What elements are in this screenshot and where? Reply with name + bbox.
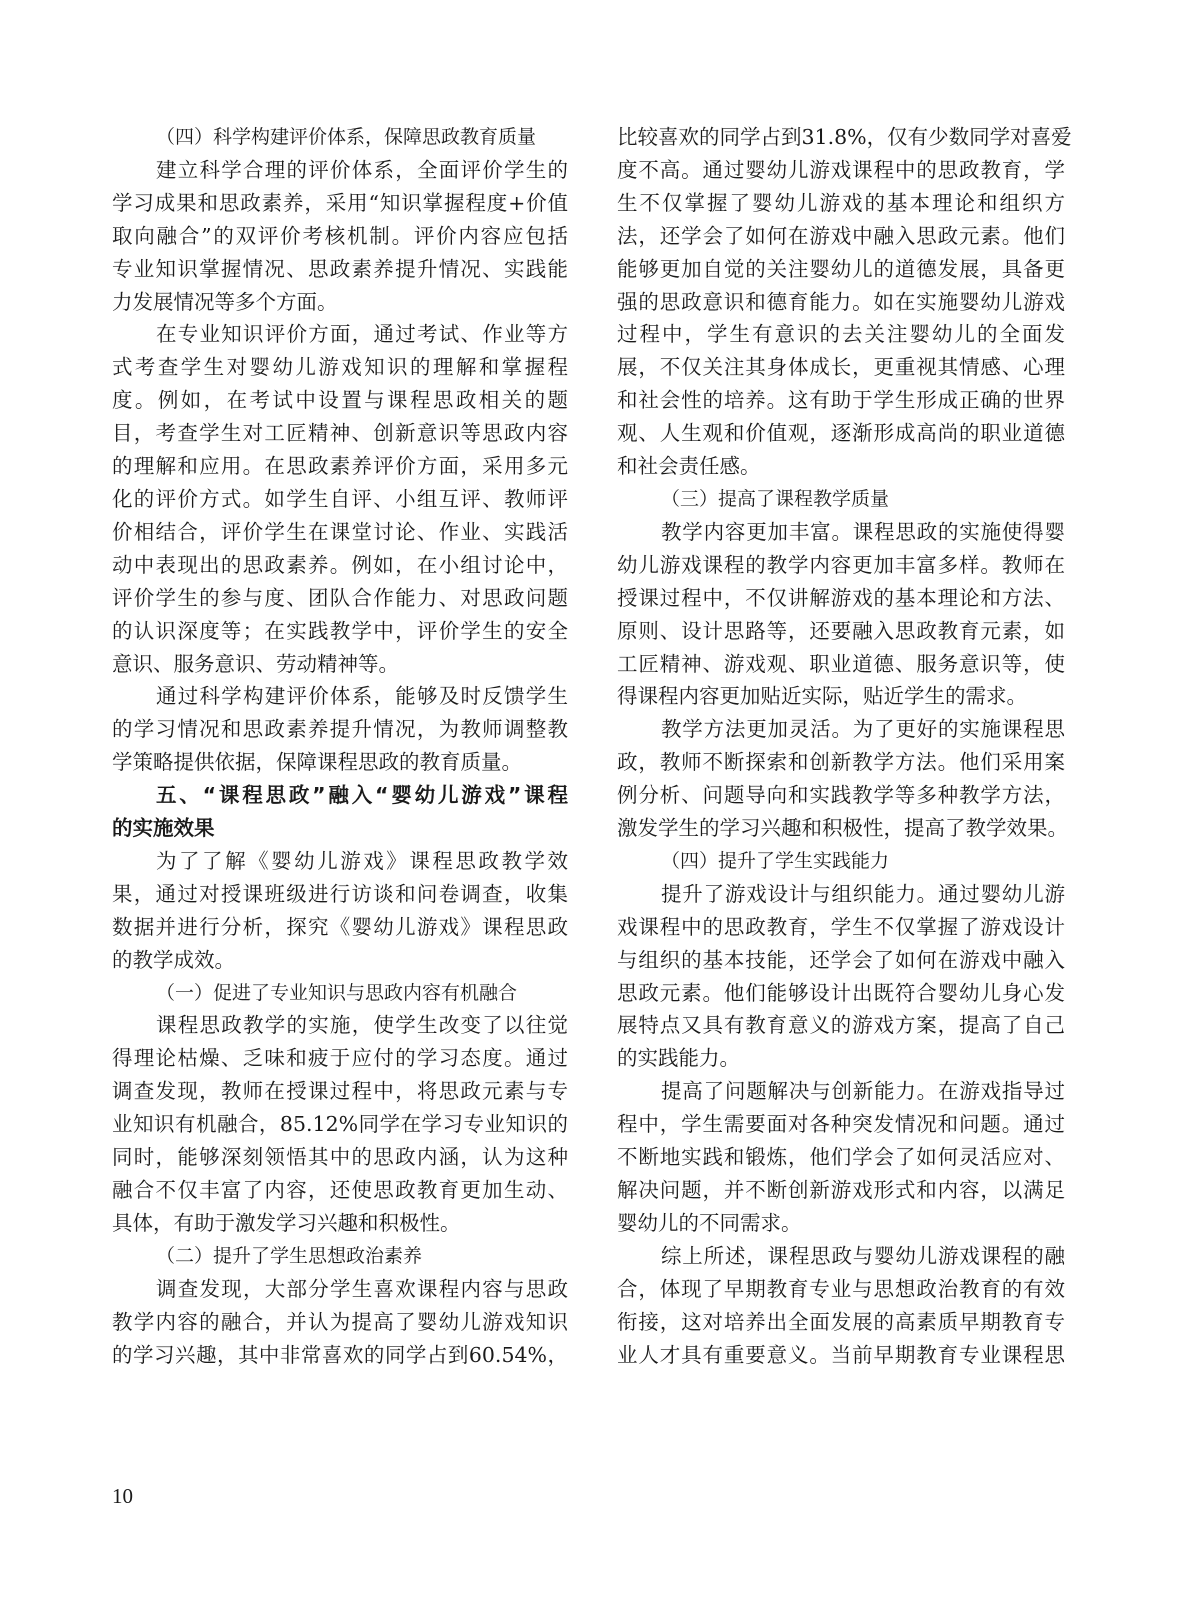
- text-line: 为了了解《婴幼儿游戏》课程思政教学效: [112, 845, 568, 878]
- text-line: 的实践能力。: [617, 1042, 1065, 1075]
- text-line: （三）提高了课程教学质量: [617, 483, 1065, 516]
- text-line: 提升了游戏设计与组织能力。通过婴幼儿游: [617, 878, 1065, 911]
- text-line: 数据并进行分析，探究《婴幼儿游戏》课程思政: [112, 911, 568, 944]
- text-line: 思政元素。他们能够设计出既符合婴幼儿身心发: [617, 977, 1065, 1010]
- text-line: 合，体现了早期教育专业与思想政治教育的有效: [617, 1273, 1065, 1306]
- text-line: 在专业知识评价方面，通过考试、作业等方: [112, 318, 568, 351]
- text-line: 原则、设计思路等，还要融入思政教育元素，如: [617, 615, 1065, 648]
- paragraph: 在专业知识评价方面，通过考试、作业等方式考查学生对婴幼儿游戏知识的理解和掌握程度…: [112, 318, 568, 680]
- text-line: 过程中，学生有意识的去关注婴幼儿的全面发: [617, 318, 1065, 351]
- left-column: （四）科学构建评价体系，保障思政教育质量建立科学合理的评价体系，全面评价学生的学…: [112, 121, 568, 1371]
- text-line: 度不高。通过婴幼儿游戏课程中的思政教育，学: [617, 154, 1065, 187]
- text-line: 果，通过对授课班级进行访谈和问卷调查，收集: [112, 878, 568, 911]
- text-line: 得理论枯燥、乏味和疲于应付的学习态度。通过: [112, 1042, 568, 1075]
- paragraph: 提升了游戏设计与组织能力。通过婴幼儿游戏课程中的思政教育，学生不仅掌握了游戏设计…: [617, 878, 1065, 1075]
- text-line: （四）提升了学生实践能力: [617, 845, 1065, 878]
- text-line: 学习成果和思政素养，采用“知识掌握程度+价值: [112, 187, 568, 220]
- text-line: 具体，有助于激发学习兴趣和积极性。: [112, 1207, 568, 1240]
- text-line: 评价学生的参与度、团队合作能力、对思政问题: [112, 582, 568, 615]
- text-line: 展，不仅关注其身体成长，更重视其情感、心理: [617, 351, 1065, 384]
- text-line: 授课过程中，不仅讲解游戏的基本理论和方法、: [617, 582, 1065, 615]
- text-line: 例分析、问题导向和实践教学等多种教学方法，: [617, 779, 1065, 812]
- text-line: 融合不仅丰富了内容，还使思政教育更加生动、: [112, 1174, 568, 1207]
- text-line: 的理解和应用。在思政素养评价方面，采用多元: [112, 450, 568, 483]
- section-heading: 五、“课程思政”融入“婴幼儿游戏”课程的实施效果: [112, 779, 568, 845]
- text-line: 和社会责任感。: [617, 450, 1065, 483]
- text-line: 程中，学生需要面对各种突发情况和问题。通过: [617, 1108, 1065, 1141]
- text-line: 不断地实践和锻炼，他们学会了如何灵活应对、: [617, 1141, 1065, 1174]
- text-line: 五、“课程思政”融入“婴幼儿游戏”课程: [112, 779, 568, 812]
- subheading: （四）提升了学生实践能力: [617, 845, 1065, 878]
- text-line: （一）促进了专业知识与思政内容有机融合: [112, 977, 568, 1010]
- text-line: 价相结合，评价学生在课堂讨论、作业、实践活: [112, 516, 568, 549]
- text-line: 课程思政教学的实施，使学生改变了以往觉: [112, 1009, 568, 1042]
- paragraph: 通过科学构建评价体系，能够及时反馈学生的学习情况和思政素养提升情况，为教师调整教…: [112, 680, 568, 779]
- paragraph: 建立科学合理的评价体系，全面评价学生的学习成果和思政素养，采用“知识掌握程度+价…: [112, 154, 568, 319]
- text-line: 提高了问题解决与创新能力。在游戏指导过: [617, 1075, 1065, 1108]
- text-line: 婴幼儿的不同需求。: [617, 1207, 1065, 1240]
- text-line: 调查发现，教师在授课过程中，将思政元素与专: [112, 1075, 568, 1108]
- text-line: 戏课程中的思政教育，学生不仅掌握了游戏设计: [617, 911, 1065, 944]
- text-line: 的学习情况和思政素养提升情况，为教师调整教: [112, 713, 568, 746]
- text-line: 同时，能够深刻领悟其中的思政内涵，认为这种: [112, 1141, 568, 1174]
- text-line: 能够更加自觉的关注婴幼儿的道德发展，具备更: [617, 253, 1065, 286]
- text-line: 解决问题，并不断创新游戏形式和内容，以满足: [617, 1174, 1065, 1207]
- text-line: 观、人生观和价值观，逐渐形成高尚的职业道德: [617, 417, 1065, 450]
- paragraph: 提高了问题解决与创新能力。在游戏指导过程中，学生需要面对各种突发情况和问题。通过…: [617, 1075, 1065, 1240]
- text-line: 激发学生的学习兴趣和积极性，提高了教学效果。: [617, 812, 1065, 845]
- text-line: 专业知识掌握情况、思政素养提升情况、实践能: [112, 253, 568, 286]
- text-line: 业知识有机融合，85.12%同学在学习专业知识的: [112, 1108, 568, 1141]
- text-line: 式考查学生对婴幼儿游戏知识的理解和掌握程: [112, 351, 568, 384]
- text-line: 通过科学构建评价体系，能够及时反馈学生: [112, 680, 568, 713]
- text-line: 度。例如，在考试中设置与课程思政相关的题: [112, 384, 568, 417]
- text-line: 比较喜欢的同学占到31.8%，仅有少数同学对喜爱: [617, 121, 1065, 154]
- text-line: （四）科学构建评价体系，保障思政教育质量: [112, 121, 568, 154]
- text-line: 工匠精神、游戏观、职业道德、服务意识等，使: [617, 648, 1065, 681]
- text-line: 力发展情况等多个方面。: [112, 286, 568, 319]
- paragraph: 为了了解《婴幼儿游戏》课程思政教学效果，通过对授课班级进行访谈和问卷调查，收集数…: [112, 845, 568, 977]
- text-line: 的认识深度等；在实践教学中，评价学生的安全: [112, 615, 568, 648]
- text-line: 生不仅掌握了婴幼儿游戏的基本理论和组织方: [617, 187, 1065, 220]
- text-line: 的实施效果: [112, 812, 568, 845]
- right-column: 比较喜欢的同学占到31.8%，仅有少数同学对喜爱度不高。通过婴幼儿游戏课程中的思…: [617, 121, 1065, 1371]
- text-line: 化的评价方式。如学生自评、小组互评、教师评: [112, 483, 568, 516]
- subheading: （一）促进了专业知识与思政内容有机融合: [112, 977, 568, 1010]
- text-line: 调查发现，大部分学生喜欢课程内容与思政: [112, 1273, 568, 1306]
- text-line: 综上所述，课程思政与婴幼儿游戏课程的融: [617, 1240, 1065, 1273]
- text-line: 教学内容的融合，并认为提高了婴幼儿游戏知识: [112, 1306, 568, 1339]
- text-line: 得课程内容更加贴近实际，贴近学生的需求。: [617, 680, 1065, 713]
- text-line: 展特点又具有教育意义的游戏方案，提高了自己: [617, 1009, 1065, 1042]
- text-line: 强的思政意识和德育能力。如在实施婴幼儿游戏: [617, 286, 1065, 319]
- text-line: 法，还学会了如何在游戏中融入思政元素。他们: [617, 220, 1065, 253]
- paragraph: 调查发现，大部分学生喜欢课程内容与思政教学内容的融合，并认为提高了婴幼儿游戏知识…: [112, 1273, 568, 1372]
- text-line: 和社会性的培养。这有助于学生形成正确的世界: [617, 384, 1065, 417]
- text-line: 政，教师不断探索和创新教学方法。他们采用案: [617, 746, 1065, 779]
- text-line: 学策略提供依据，保障课程思政的教育质量。: [112, 746, 568, 779]
- text-line: 取向融合”的双评价考核机制。评价内容应包括: [112, 220, 568, 253]
- paragraph-continuation: 比较喜欢的同学占到31.8%，仅有少数同学对喜爱度不高。通过婴幼儿游戏课程中的思…: [617, 121, 1065, 483]
- text-line: 幼儿游戏课程的教学内容更加丰富多样。教师在: [617, 549, 1065, 582]
- subheading: （二）提升了学生思想政治素养: [112, 1240, 568, 1273]
- text-line: 业人才具有重要意义。当前早期教育专业课程思: [617, 1339, 1065, 1372]
- text-line: 与组织的基本技能，还学会了如何在游戏中融入: [617, 944, 1065, 977]
- text-line: 教学方法更加灵活。为了更好的实施课程思: [617, 713, 1065, 746]
- paragraph: 教学方法更加灵活。为了更好的实施课程思政，教师不断探索和创新教学方法。他们采用案…: [617, 713, 1065, 845]
- text-line: 意识、服务意识、劳动精神等。: [112, 648, 568, 681]
- text-line: 的学习兴趣，其中非常喜欢的同学占到60.54%，: [112, 1339, 568, 1372]
- paragraph: 综上所述，课程思政与婴幼儿游戏课程的融合，体现了早期教育专业与思想政治教育的有效…: [617, 1240, 1065, 1372]
- text-line: （二）提升了学生思想政治素养: [112, 1240, 568, 1273]
- text-line: 的教学成效。: [112, 944, 568, 977]
- subheading: （四）科学构建评价体系，保障思政教育质量: [112, 121, 568, 154]
- text-line: 衔接，这对培养出全面发展的高素质早期教育专: [617, 1306, 1065, 1339]
- paragraph: 课程思政教学的实施，使学生改变了以往觉得理论枯燥、乏味和疲于应付的学习态度。通过…: [112, 1009, 568, 1239]
- text-line: 目，考查学生对工匠精神、创新意识等思政内容: [112, 417, 568, 450]
- text-line: 教学内容更加丰富。课程思政的实施使得婴: [617, 516, 1065, 549]
- text-line: 动中表现出的思政素养。例如，在小组讨论中，: [112, 549, 568, 582]
- paragraph: 教学内容更加丰富。课程思政的实施使得婴幼儿游戏课程的教学内容更加丰富多样。教师在…: [617, 516, 1065, 713]
- text-line: 建立科学合理的评价体系，全面评价学生的: [112, 154, 568, 187]
- page-number: 10: [112, 1484, 133, 1509]
- subheading: （三）提高了课程教学质量: [617, 483, 1065, 516]
